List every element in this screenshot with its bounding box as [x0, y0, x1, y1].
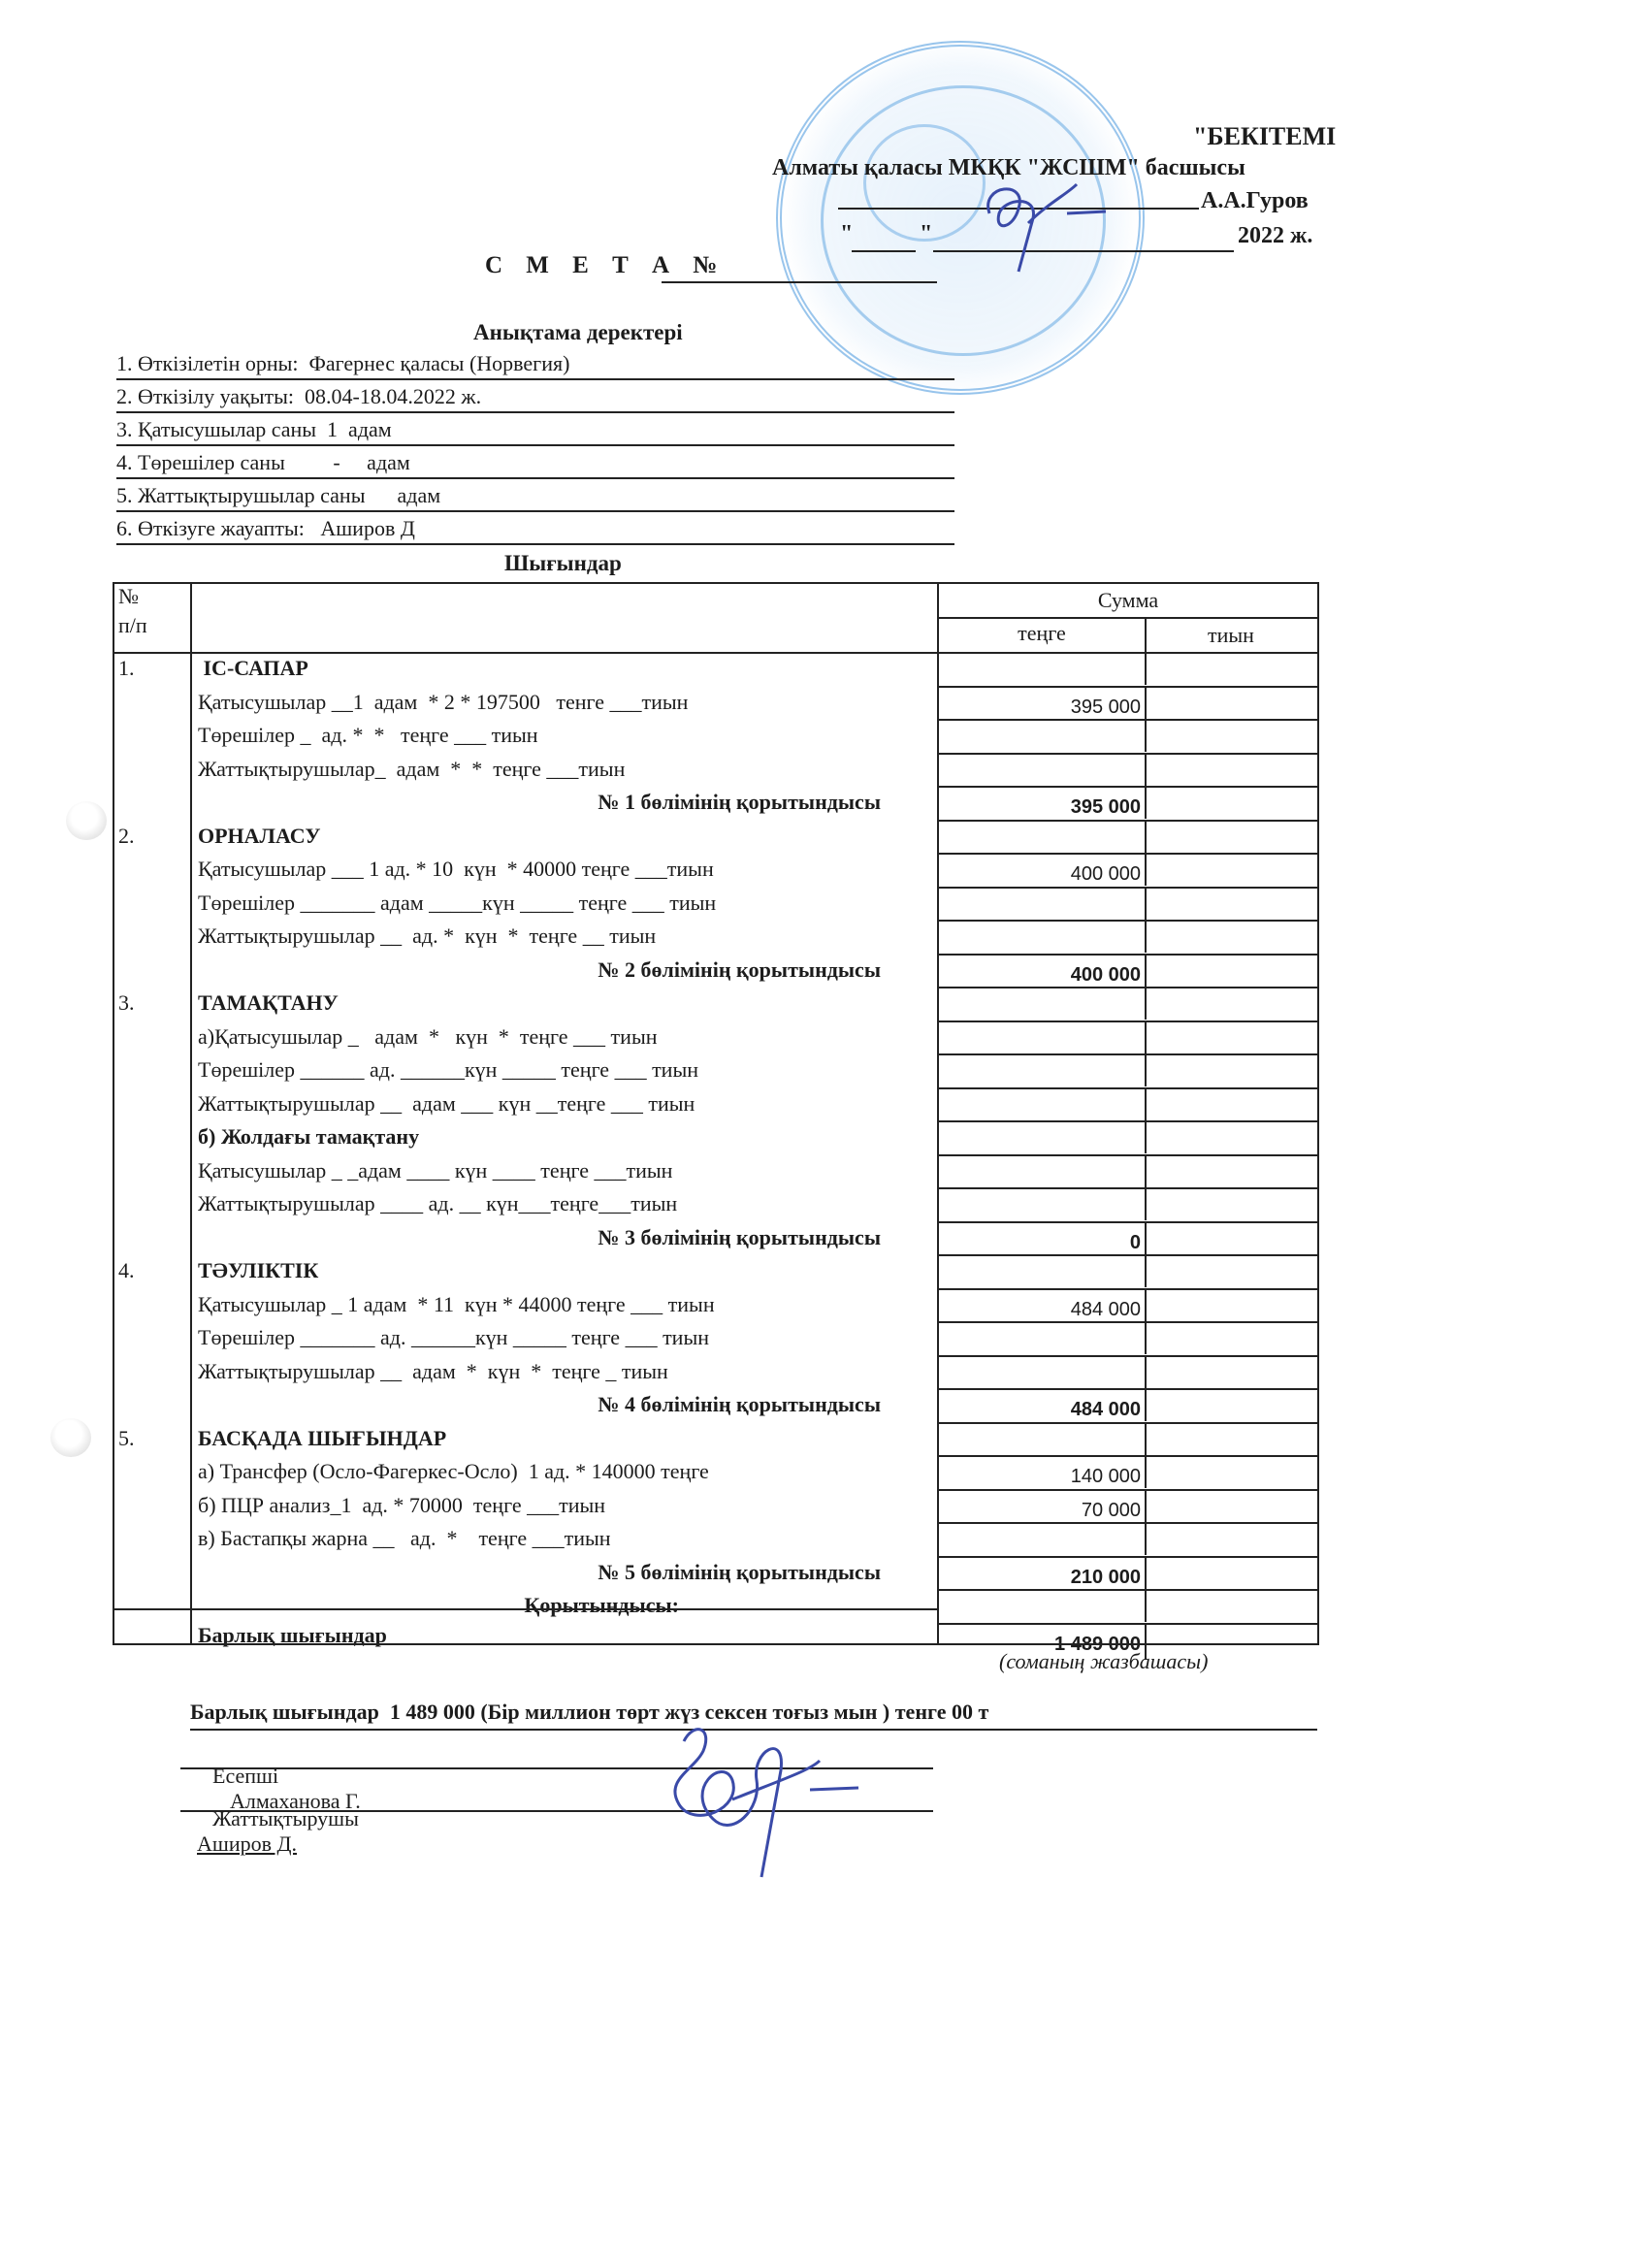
amount-tiyn-cell: [1145, 1120, 1317, 1153]
info-section-title: Анықтама деректері: [473, 320, 683, 345]
amount-tiyn-cell: [1145, 987, 1317, 1020]
info-row-location: 1. Өткізілетін орны: Фагернес қаласы (Но…: [116, 349, 954, 380]
row-number: 4.: [118, 1254, 135, 1287]
table-row-description: Қатысушылар __1 адам * 2 * 197500 тенге …: [198, 686, 688, 719]
approval-day-line: [852, 250, 916, 252]
section-subtotal-label: № 3 бөлімінің қорытындысы: [194, 1221, 881, 1254]
section-subtotal-label: № 1 бөлімінің қорытындысы: [194, 786, 881, 819]
amount-tenge-cell: 484 000: [939, 1288, 1145, 1321]
amount-tiyn-cell: [1145, 1221, 1317, 1254]
amount-tenge-cell: [939, 1422, 1145, 1455]
table-row-description: Жаттықтырушылар __ ад. * күн * теңге __ …: [198, 920, 656, 953]
amount-tiyn-cell: [1145, 920, 1317, 953]
amount-tenge-cell: 70 000: [939, 1489, 1145, 1522]
info-row-referees: 4. Төрешілер саны - адам: [116, 448, 954, 479]
number-column-border: [190, 582, 192, 1645]
section-title: ОРНАЛАСУ: [198, 820, 320, 853]
approval-signatory-name: А.А.Гуров: [1201, 188, 1309, 214]
amount-tiyn-cell: [1145, 1154, 1317, 1187]
amount-in-words-caption: (соманың жазбашасы): [999, 1649, 1208, 1674]
amount-tiyn-cell: [1145, 954, 1317, 987]
amount-tiyn-cell: [1145, 1455, 1317, 1488]
section-title: ТАМАҚТАНУ: [198, 987, 339, 1020]
amount-tenge-cell: [939, 1254, 1145, 1287]
info-row-responsible: 6. Өткізуге жауапты: Аширов Д: [116, 514, 954, 545]
table-row-description: в) Бастапқы жарна __ ад. * теңге ___тиын: [198, 1522, 611, 1555]
amount-tenge-cell: 395 000: [939, 786, 1145, 819]
table-row-description: Жаттықтырушылар __ адам ___ күн __теңге …: [198, 1087, 695, 1120]
amount-tiyn-cell: [1145, 1321, 1317, 1354]
table-header-sum: Сумма: [939, 588, 1317, 613]
amount-tiyn-cell: [1145, 652, 1317, 685]
signature-name: Аширов Д.: [197, 1831, 297, 1856]
grand-total-label: Барлық шығындар: [198, 1619, 387, 1652]
amount-tenge-cell: [939, 652, 1145, 685]
header-tiyn-divider: [1145, 617, 1147, 652]
amount-tiyn-cell: [1145, 719, 1317, 752]
amount-tiyn-cell: [1145, 887, 1317, 920]
table-row-description: Жаттықтырушылар __ адам * күн * теңге _ …: [198, 1355, 668, 1388]
section-subtotal-label: № 5 бөлімінің қорытындысы: [194, 1556, 881, 1589]
row-number: 2.: [118, 820, 135, 853]
table-row-description: Төрешілер ______ ад. ______күн _____ тең…: [198, 1053, 698, 1086]
row-number: 3.: [118, 987, 135, 1020]
expenses-section-title: Шығындар: [504, 551, 622, 576]
amount-tenge-cell: 210 000: [939, 1556, 1145, 1589]
amount-tiyn-cell: [1145, 1355, 1317, 1388]
amount-tiyn-cell: [1145, 1556, 1317, 1589]
table-bottom-border: [113, 1643, 1319, 1645]
section-subtotal-label: № 2 бөлімінің қорытындысы: [194, 954, 881, 987]
table-top-border: [113, 582, 1319, 584]
row-number: 5.: [118, 1422, 135, 1455]
amount-tenge-cell: [939, 753, 1145, 786]
header-number-abbr: п/п: [118, 611, 147, 640]
table-row-description: Қатысушылар _ _адам ____ күн ____ теңге …: [198, 1154, 672, 1187]
table-header-tiyn: тиын: [1145, 623, 1317, 648]
section-subtotal-label: № 4 бөлімінің қорытындысы: [194, 1388, 881, 1421]
amount-tiyn-cell: [1145, 1087, 1317, 1120]
section-title: ТӘУЛІКТІК: [198, 1254, 318, 1287]
table-left-border: [113, 582, 114, 1645]
amount-tenge-cell: [939, 1053, 1145, 1086]
amount-tenge-cell: [939, 1087, 1145, 1120]
info-row-participants: 3. Қатысушылар саны 1 адам: [116, 415, 954, 446]
approval-title: "БЕКІТЕМІ: [1193, 122, 1336, 151]
amount-tenge-cell: [939, 920, 1145, 953]
row-number: 1.: [118, 652, 135, 685]
amount-tenge-cell: [939, 1355, 1145, 1388]
amount-tenge-cell: 140 000: [939, 1455, 1145, 1488]
amount-tenge-cell: [939, 1120, 1145, 1153]
amount-tenge-cell: [939, 1321, 1145, 1354]
table-row-description: а) Трансфер (Осло-Фагеркес-Осло) 1 ад. *…: [198, 1455, 709, 1488]
section-title: БАСҚАДА ШЫҒЫНДАР: [198, 1422, 446, 1455]
amount-tiyn-cell: [1145, 1522, 1317, 1555]
amount-tiyn-cell: [1145, 853, 1317, 886]
amount-tiyn-cell: [1145, 1254, 1317, 1287]
amount-tenge-cell: 0: [939, 1221, 1145, 1254]
table-row-description: Жаттықтырушылар_ адам * * теңге ___тиын: [198, 753, 625, 786]
amount-column-border: [937, 582, 939, 1645]
document-number-line: [662, 281, 937, 283]
amount-tenge-cell: [939, 887, 1145, 920]
punch-hole-mark: [50, 1418, 91, 1457]
table-right-border: [1317, 582, 1319, 1645]
table-row-description: Қорытындысы:: [194, 1589, 679, 1622]
amount-tiyn-cell: [1145, 1589, 1317, 1622]
section-title: ІС-САПАР: [198, 652, 308, 685]
table-row-description: б) Жолдағы тамақтану: [198, 1120, 419, 1153]
table-row-description: б) ПЦР анализ_1 ад. * 70000 теңге ___тиы…: [198, 1489, 605, 1522]
amount-tiyn-cell: [1145, 1288, 1317, 1321]
amount-tenge-cell: [939, 1589, 1145, 1622]
amount-tenge-cell: [939, 987, 1145, 1020]
header-divider: [939, 617, 1317, 619]
table-row-description: а)Қатысушылар _ адам * күн * теңге ___ т…: [198, 1021, 658, 1053]
signature-role: Жаттықтырушы: [212, 1806, 359, 1831]
punch-hole-mark: [66, 801, 107, 840]
amount-tiyn-cell: [1145, 1422, 1317, 1455]
amount-tiyn-cell: [1145, 786, 1317, 819]
info-row-coaches: 5. Жаттықтырушылар саны адам: [116, 481, 954, 512]
table-row-description: Төрешілер _______ ад. ______күн _____ те…: [198, 1321, 709, 1354]
approval-year: 2022 ж.: [1238, 223, 1312, 249]
header-bottom-border: [113, 652, 939, 654]
amount-tenge-cell: 395 000: [939, 686, 1145, 719]
table-row-description: Қатысушылар _ 1 адам * 11 күн * 44000 те…: [198, 1288, 715, 1321]
info-row-dates: 2. Өткізілу уақыты: 08.04-18.04.2022 ж.: [116, 382, 954, 413]
amount-tiyn-cell: [1145, 753, 1317, 786]
amount-tiyn-cell: [1145, 1489, 1317, 1522]
amount-tenge-cell: 484 000: [939, 1388, 1145, 1421]
table-header-tenge: теңге: [939, 621, 1145, 646]
amount-tenge-cell: [939, 1522, 1145, 1555]
amount-tenge-cell: 400 000: [939, 954, 1145, 987]
table-row-description: Төрешілер _______ адам _____күн _____ те…: [198, 887, 716, 920]
amount-tiyn-cell: [1145, 1388, 1317, 1421]
handwritten-signature: [626, 1712, 878, 1887]
amount-tiyn-cell: [1145, 1021, 1317, 1053]
grand-total-top-border: [113, 1608, 939, 1610]
approval-date-quote-open: ": [840, 221, 853, 247]
amount-tenge-cell: [939, 820, 1145, 853]
amount-tiyn-cell: [1145, 1053, 1317, 1086]
amount-tiyn-cell: [1145, 1187, 1317, 1220]
table-row-description: Қатысушылар ___ 1 ад. * 10 күн * 40000 т…: [198, 853, 714, 886]
director-signature: [960, 175, 1125, 281]
amount-tenge-cell: [939, 719, 1145, 752]
document-title: С М Е Т А №: [485, 252, 726, 279]
amount-tenge-cell: [939, 1021, 1145, 1053]
approval-date-quote-close: ": [920, 221, 932, 247]
header-number-sign: №: [118, 582, 147, 611]
table-header-number: № п/п: [118, 582, 147, 640]
amount-tenge-cell: [939, 1154, 1145, 1187]
amount-tenge-cell: [939, 1187, 1145, 1220]
amount-tiyn-cell: [1145, 686, 1317, 719]
table-row-description: Төрешілер _ ад. * * теңге ___ тиын: [198, 719, 538, 752]
amount-tiyn-cell: [1145, 820, 1317, 853]
amount-tenge-cell: 400 000: [939, 853, 1145, 886]
table-row-description: Жаттықтырушылар ____ ад. __ күн___теңге_…: [198, 1187, 677, 1220]
